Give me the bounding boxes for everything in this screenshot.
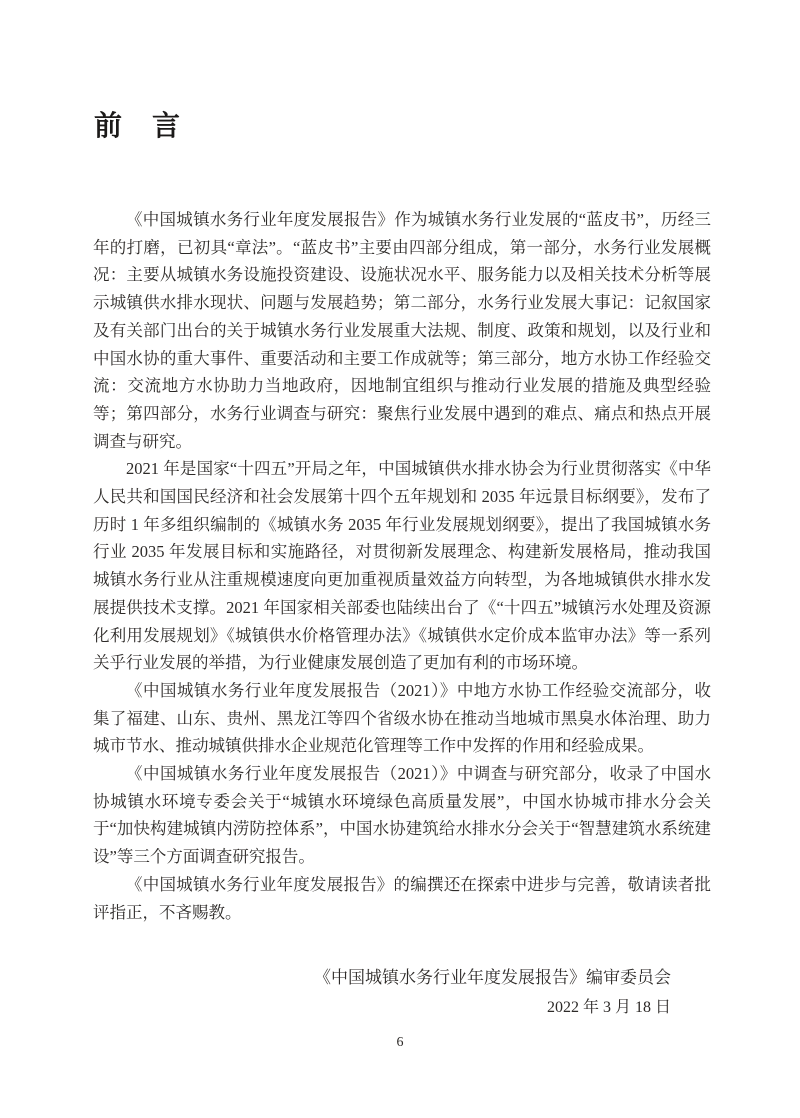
body-text: 《中国城镇水务行业年度发展报告》作为城镇水务行业发展的“蓝皮书”，历经三年的打磨… <box>93 206 711 926</box>
signature-line: 《中国城镇水务行业年度发展报告》编审委员会 <box>314 963 671 993</box>
paragraph: 《中国城镇水务行业年度发展报告（2021）》中地方水协工作经验交流部分，收集了福… <box>93 677 711 760</box>
document-page: 前 言 《中国城镇水务行业年度发展报告》作为城镇水务行业发展的“蓝皮书”，历经三… <box>0 0 800 1118</box>
page-title: 前 言 <box>94 110 181 144</box>
signature-block: 《中国城镇水务行业年度发展报告》编审委员会 2022 年 3 月 18 日 <box>314 963 671 1023</box>
paragraph: 《中国城镇水务行业年度发展报告（2021）》中调查与研究部分，收录了中国水协城镇… <box>93 760 711 871</box>
date-line: 2022 年 3 月 18 日 <box>314 993 671 1023</box>
paragraph: 《中国城镇水务行业年度发展报告》的编撰还在探索中进步与完善，敬请读者批评指正，不… <box>93 871 711 926</box>
paragraph: 2021 年是国家“十四五”开局之年，中国城镇供水排水协会为行业贯彻落实《中华人… <box>93 455 711 677</box>
page-number: 6 <box>0 1035 800 1051</box>
paragraph: 《中国城镇水务行业年度发展报告》作为城镇水务行业发展的“蓝皮书”，历经三年的打磨… <box>93 206 711 455</box>
